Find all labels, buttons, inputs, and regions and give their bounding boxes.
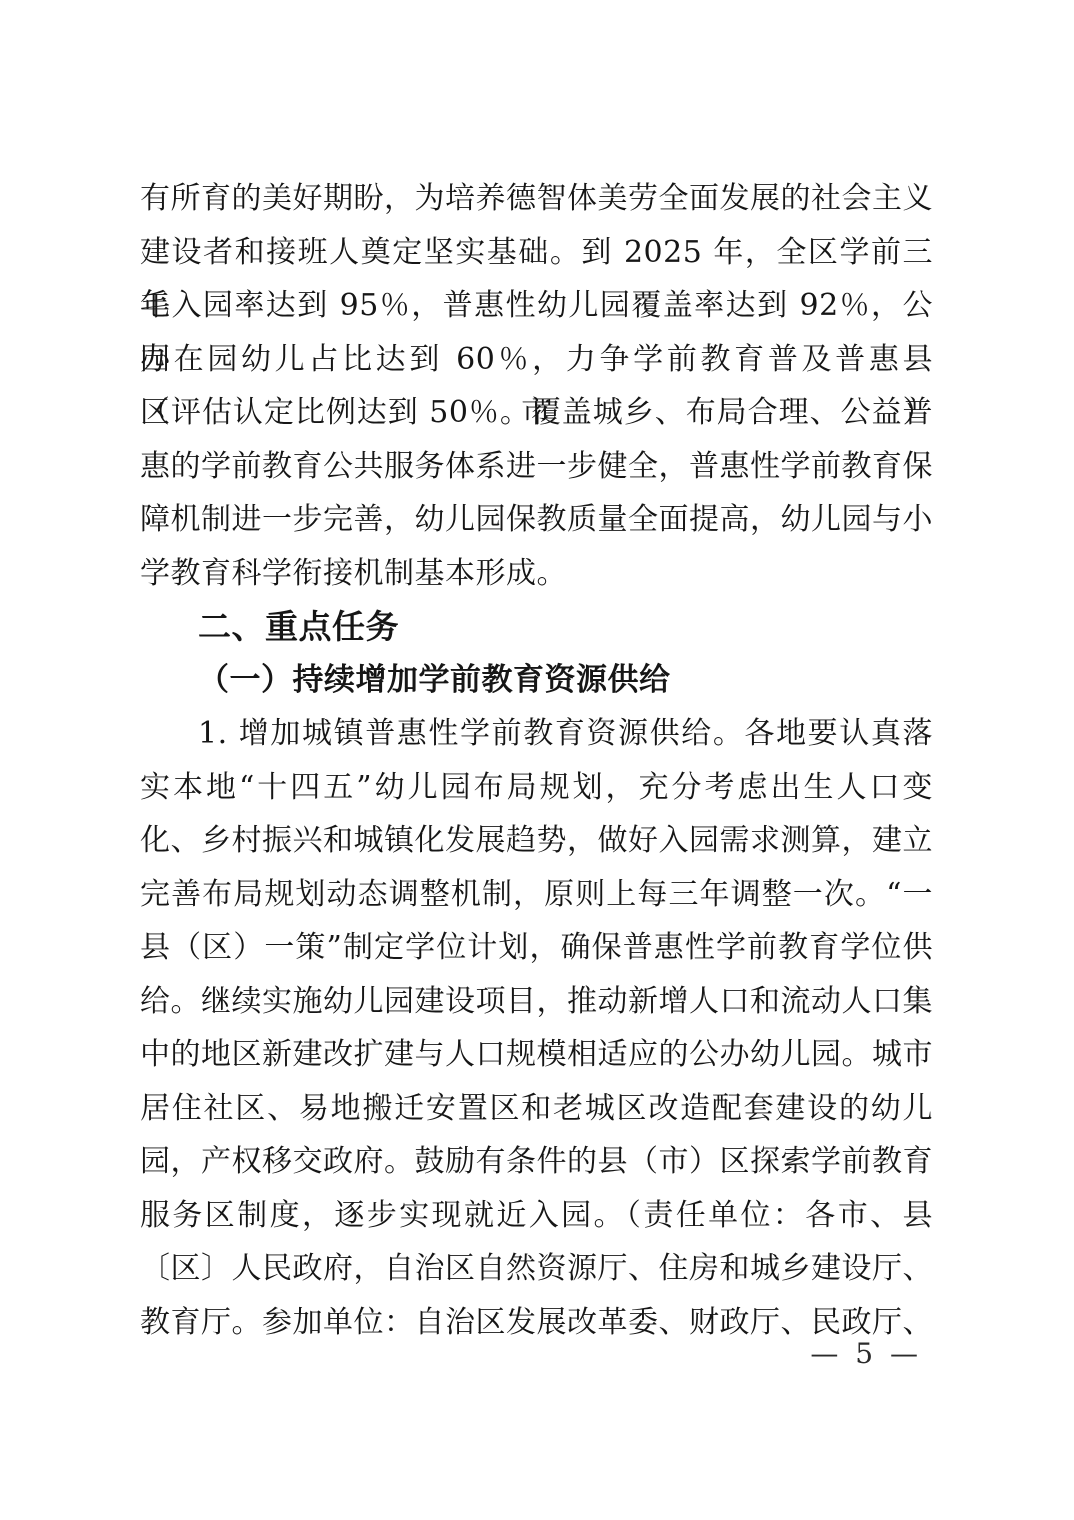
text-line: 服务区制度，逐步实现就近入园。（责任单位：各市、县 <box>140 1189 933 1243</box>
text-line: 中的地区新建改扩建与人口规模相适应的公办幼儿园。城市 <box>140 1028 933 1082</box>
text-line: 化、乡村振兴和城镇化发展趋势，做好入园需求测算，建立 <box>140 814 933 868</box>
text-line: 实本地“十四五”幼儿园布局规划，充分考虑出生人口变 <box>140 761 933 815</box>
text-line: 完善布局规划动态调整机制，原则上每三年调整一次。“一 <box>140 868 933 922</box>
text-line: 园在园幼儿占比达到 60％，力争学前教育普及普惠县（市） <box>140 333 933 387</box>
text-line: 建设者和接班人奠定坚实基础。到 2025 年，全区学前三年 <box>140 226 933 280</box>
section-heading: 二、重点任务 <box>140 600 933 654</box>
text-line: 区评估认定比例达到 50％。覆盖城乡、布局合理、公益普 <box>140 386 933 440</box>
text-line: 有所育的美好期盼，为培养德智体美劳全面发展的社会主义 <box>140 172 933 226</box>
subsection-heading: （一）持续增加学前教育资源供给 <box>140 654 933 708</box>
text-line: 县（区）一策”制定学位计划，确保普惠性学前教育学位供 <box>140 921 933 975</box>
text-line: 给。继续实施幼儿园建设项目，推动新增人口和流动人口集 <box>140 975 933 1029</box>
text-line: 园，产权移交政府。鼓励有条件的县（市）区探索学前教育 <box>140 1135 933 1189</box>
text-line: 居住社区、易地搬迁安置区和老城区改造配套建设的幼儿 <box>140 1082 933 1136</box>
text-line: 学教育科学衔接机制基本形成。 <box>140 547 933 601</box>
document-page: 有所育的美好期盼，为培养德智体美劳全面发展的社会主义建设者和接班人奠定坚实基础。… <box>0 0 1074 1520</box>
text-line: 惠的学前教育公共服务体系进一步健全，普惠性学前教育保 <box>140 440 933 494</box>
document-body: 有所育的美好期盼，为培养德智体美劳全面发展的社会主义建设者和接班人奠定坚实基础。… <box>140 172 933 1349</box>
text-line: 毛入园率达到 95％，普惠性幼儿园覆盖率达到 92％，公办 <box>140 279 933 333</box>
text-line: 障机制进一步完善，幼儿园保教质量全面提高，幼儿园与小 <box>140 493 933 547</box>
text-line: 〔区〕人民政府，自治区自然资源厅、住房和城乡建设厅、 <box>140 1242 933 1296</box>
text-line: 1. 增加城镇普惠性学前教育资源供给。各地要认真落 <box>140 707 933 761</box>
page-number: — 5 — <box>810 1336 922 1372</box>
